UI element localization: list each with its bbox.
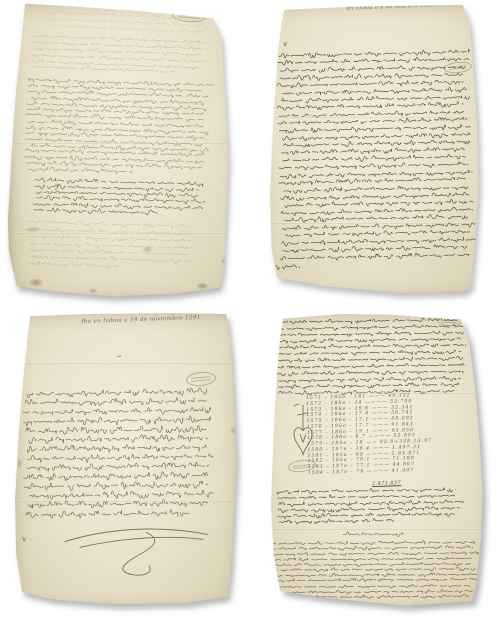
handwriting-paragraph: [271, 265, 299, 270]
manuscript-letter-2: en lisboa a 8 de hebrero 1591 —: [254, 0, 498, 304]
stamp-line: [441, 321, 458, 323]
handwriting-ink-3: [10, 310, 244, 614]
parchment-paper-1: [6, 0, 244, 306]
ink-stain: [142, 246, 153, 253]
ink-stain: [88, 288, 98, 294]
fold-crease: [261, 392, 493, 394]
stamp-line: [178, 16, 200, 19]
fold-crease: [259, 222, 493, 224]
manuscript-account-sheet: 1571 – 185o – 181 ——— 49.3321572 – 185o …: [256, 310, 498, 616]
vmark-mark: [284, 42, 287, 46]
stamp-line: [449, 67, 467, 70]
handwriting-paragraph: [33, 177, 205, 216]
fold-crease: [259, 116, 493, 118]
ink-stain: [220, 258, 228, 264]
stamp-line: [293, 466, 311, 469]
fold-crease: [15, 362, 240, 364]
signature-mark: [65, 529, 208, 575]
parchment-paper-3: fho en lisboa a 19 de noviembre 1591: [10, 310, 244, 614]
fold-crease: [11, 232, 239, 234]
ink-stain: [320, 600, 335, 605]
ink-stain: [24, 226, 42, 233]
ink-stain: [28, 278, 44, 287]
ink-stain: [408, 604, 421, 608]
ink-stain: [16, 458, 23, 469]
handwriting-ink-2: [254, 0, 498, 304]
manuscript-letter-3: fho en lisboa a 19 de noviembre 1591: [10, 310, 244, 614]
brace-mark: [266, 493, 268, 512]
handwriting-paragraph: [24, 78, 213, 176]
manuscripts-photo: en lisboa a 8 de hebrero 1591 — fho en l…: [0, 0, 500, 619]
fold-crease: [15, 500, 240, 502]
handwriting-paragraph: [343, 532, 403, 537]
stamp-line: [191, 379, 211, 382]
handwriting-paragraph: [29, 34, 208, 76]
account-figures-table: 1571 – 185o – 181 ——— 49.3321572 – 185o …: [306, 393, 433, 477]
ink-stain: [48, 598, 59, 603]
handwriting-paragraph: [277, 487, 465, 524]
parchment-paper-4: 1571 – 185o – 181 ——— 49.3321572 – 185o …: [256, 310, 498, 616]
handwriting-ink-1: [6, 0, 244, 306]
handwriting-paragraph: [23, 537, 26, 541]
ink-stain: [294, 284, 306, 289]
ink-stain: [480, 36, 487, 47]
parchment-paper-2: en lisboa a 8 de hebrero 1591 —: [254, 0, 498, 304]
fold-crease: [261, 528, 493, 530]
ink-stain: [230, 426, 237, 435]
fold-crease: [11, 142, 239, 144]
manuscript-letter-1: [6, 0, 244, 306]
handwriting-paragraph: [273, 317, 467, 395]
ink-stain: [482, 486, 489, 495]
handwriting-paragraph: [25, 219, 194, 271]
handwriting-paragraph: [270, 540, 479, 599]
ink-stain: [196, 282, 209, 290]
handwriting-paragraph: [276, 49, 476, 261]
handwriting-paragraph: [46, 10, 204, 34]
